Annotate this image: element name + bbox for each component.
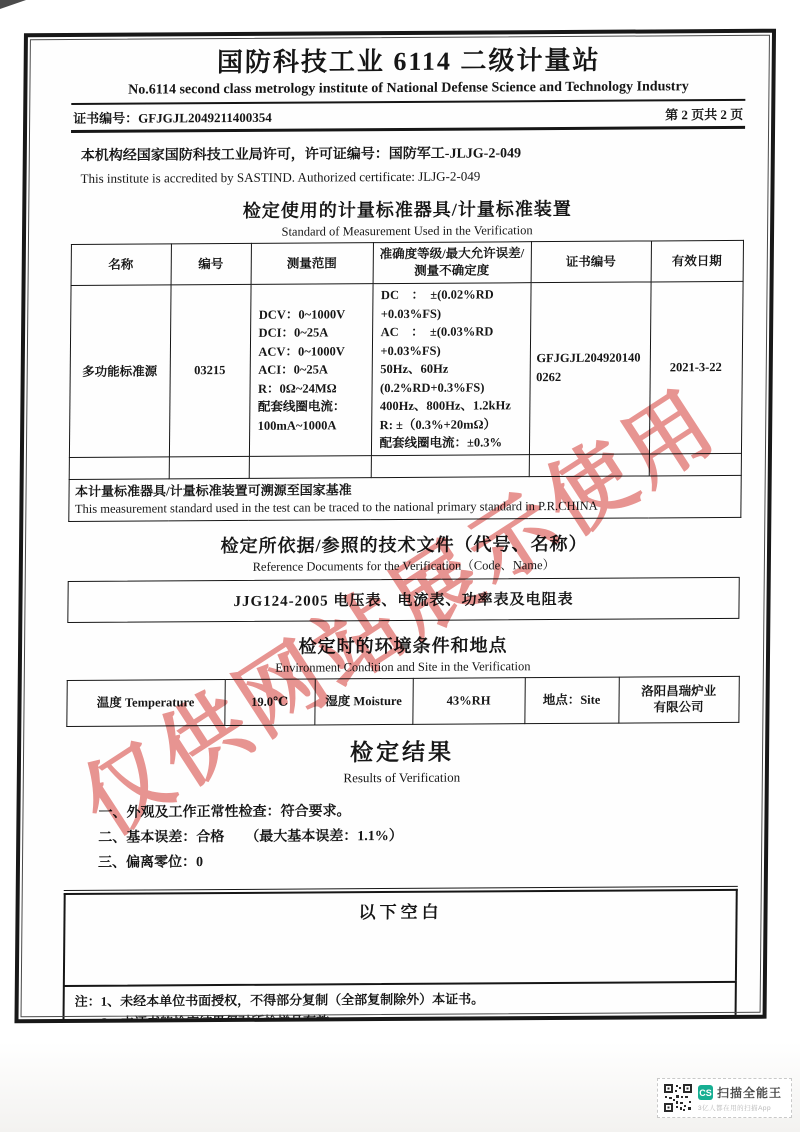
reference-section-subtitle: Reference Documents for the Verification… bbox=[67, 555, 741, 575]
blank-section: 以下空白 注：1、未经本单位书面授权，不得部分复制（全部复制除外）本证书。 2、… bbox=[62, 885, 738, 1023]
traceability-row: 本计量标准器具/计量标准装置可溯源至国家基准 This measurement … bbox=[68, 475, 740, 521]
environment-section-title: 检定时的环境条件和地点 bbox=[66, 630, 740, 660]
environment-section-subtitle: Environment Condition and Site in the Ve… bbox=[66, 656, 740, 676]
result-item-zero-deviation: 三、偏离零位：0 bbox=[98, 846, 738, 875]
temperature-value: 19.0℃ bbox=[224, 678, 314, 725]
col-header-serial: 编号 bbox=[171, 243, 251, 284]
cell-accuracy: DC ： ±(0.02%RD +0.03%FS) AC ： ±(0.03%RD … bbox=[371, 283, 531, 455]
moisture-value: 43%RH bbox=[412, 677, 524, 724]
blank-below-box: 以下空白 bbox=[63, 888, 738, 984]
cell-measurement-range: DCV：0~1000V DCI：0~25A ACV：0~1000V ACI：0~… bbox=[249, 284, 373, 456]
accreditation-block: 本机构经国家国防科技工业局许可，许可证编号：国防军工-JLJG-2-049 Th… bbox=[70, 142, 744, 189]
col-header-range: 测量范围 bbox=[251, 243, 373, 285]
site-label: 地点：Site bbox=[524, 677, 618, 724]
camscanner-badge: CS 扫描全能王 3亿人都在用的扫描App bbox=[657, 1078, 792, 1118]
temperature-label: 温度 Temperature bbox=[66, 679, 224, 726]
page-title-english: No.6114 second class metrology institute… bbox=[71, 77, 745, 100]
result-item-basic-error: 二、基本误差：合格 （最大基本误差：1.1%） bbox=[98, 821, 738, 850]
traceability-text-en: This measurement standard used in the te… bbox=[75, 496, 734, 517]
reference-document: JJG124-2005 电压表、电流表、功率表及电阻表 bbox=[67, 576, 739, 622]
standards-section-subtitle: Standard of Measurement Used in the Veri… bbox=[70, 221, 744, 241]
certificate-number-value: GFJGJL2049211400354 bbox=[138, 110, 272, 126]
reference-section-title: 检定所依据/参照的技术文件（代号、名称） bbox=[67, 529, 741, 559]
col-header-name: 名称 bbox=[71, 244, 171, 286]
standards-data-row: 多功能标准源 03215 DCV：0~1000V DCI：0~25A ACV：0… bbox=[69, 281, 743, 457]
col-header-accuracy: 准确度等级/最大允许误差/测量不确定度 bbox=[373, 242, 531, 284]
environment-table: 温度 Temperature 19.0℃ 湿度 Moisture 43%RH 地… bbox=[66, 675, 740, 726]
camscanner-app-name: 扫描全能王 bbox=[717, 1084, 782, 1101]
certificate-frame: 国防科技工业 6114 二级计量站 No.6114 second class m… bbox=[14, 29, 776, 1024]
page-title: 国防科技工业 6114 二级计量站 bbox=[72, 43, 746, 81]
standards-header-row: 名称 编号 测量范围 准确度等级/最大允许误差/测量不确定度 证书编号 有效日期 bbox=[71, 240, 743, 285]
accreditation-text-en: This institute is accredited by SASTIND.… bbox=[80, 164, 744, 189]
result-item-appearance: 一、外观及工作正常性检查：符合要求。 bbox=[98, 796, 738, 825]
scan-artifact-corner bbox=[0, 0, 26, 9]
cell-serial-number: 03215 bbox=[169, 284, 251, 456]
page-indicator: 第 2 页共 2 页 bbox=[665, 104, 743, 123]
scanned-certificate-page: { "page": { "title_cn": "国防科技工业 6114 二级计… bbox=[0, 0, 800, 1132]
blank-below-label: 以下空白 bbox=[358, 902, 442, 922]
standards-table: 名称 编号 测量范围 准确度等级/最大允许误差/测量不确定度 证书编号 有效日期… bbox=[68, 240, 744, 522]
camscanner-logo-icon: CS bbox=[698, 1085, 713, 1100]
results-section-subtitle: Results of Verification bbox=[65, 766, 739, 788]
cell-valid-date: 2021-3-22 bbox=[649, 281, 743, 453]
results-section-title: 检定结果 bbox=[65, 734, 739, 770]
environment-row: 温度 Temperature 19.0℃ 湿度 Moisture 43%RH 地… bbox=[66, 676, 738, 726]
camscanner-tagline: 3亿人都在用的扫描App bbox=[698, 1103, 782, 1112]
certificate-number-label: 证书编号： bbox=[73, 111, 138, 126]
cell-instrument-name: 多功能标准源 bbox=[69, 285, 171, 457]
cell-certificate-number: GFJGJL2049201400262 bbox=[529, 282, 651, 454]
standards-section-title: 检定使用的计量标准器具/计量标准装置 bbox=[70, 195, 744, 225]
qr-code-icon bbox=[664, 1084, 692, 1112]
certificate-number: 证书编号：GFJGJL2049211400354 bbox=[73, 107, 272, 127]
notes-box: 注：1、未经本单位书面授权，不得部分复制（全部复制除外）本证书。 2、本证书的检… bbox=[62, 980, 737, 1023]
col-header-certno: 证书编号 bbox=[531, 241, 651, 283]
moisture-label: 湿度 Moisture bbox=[314, 678, 412, 725]
results-list: 一、外观及工作正常性检查：符合要求。 二、基本误差：合格 （最大基本误差：1.1… bbox=[98, 796, 739, 875]
site-value: 洛阳昌瑞炉业有限公司 bbox=[618, 676, 738, 723]
col-header-validdate: 有效日期 bbox=[651, 240, 743, 282]
